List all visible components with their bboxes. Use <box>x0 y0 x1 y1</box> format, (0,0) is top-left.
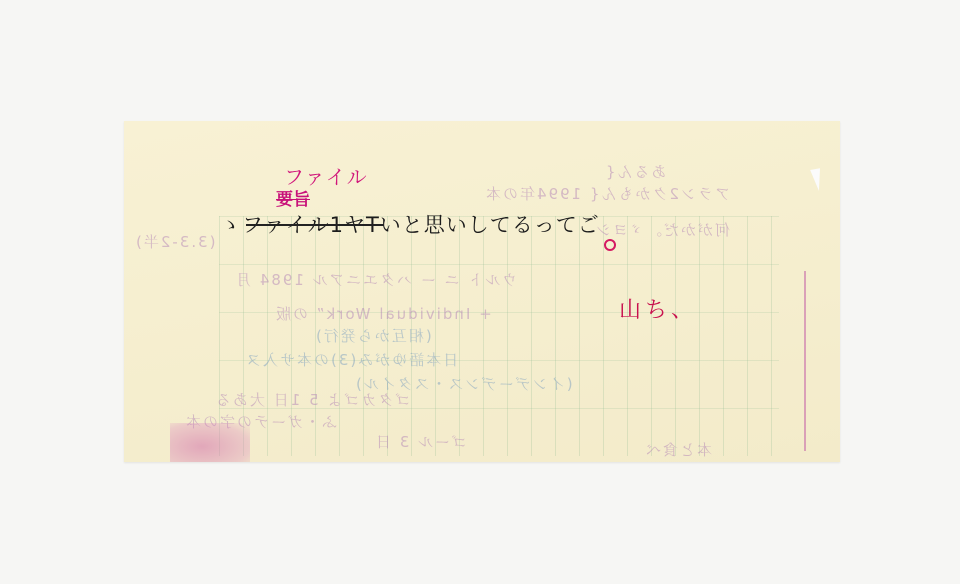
circle-mark-icon <box>604 239 616 251</box>
bleed-text: 日本語ゆがみ(3)の本サ入ヌ <box>244 349 458 370</box>
bleed-text: + Individual Work” の版 <box>274 303 492 324</box>
bleed-text: ウルト ニ ー ハタエニアル 1984 月 <box>234 269 517 290</box>
strikethrough-line <box>246 224 384 226</box>
pink-smudge <box>170 423 250 462</box>
bleed-text: あるん{ <box>604 161 667 182</box>
bleed-text: 本と食べ <box>644 439 712 460</box>
memo-paper: あるん{ アラン2クかもん{ 1994年の本 何がかだ。ゞヨシ (3.3-2半)… <box>124 121 840 462</box>
bleed-text: 何がかだ。ゞヨシ <box>594 219 730 240</box>
bleed-text: (3.3-2半) <box>134 231 216 252</box>
margin-line <box>804 271 806 451</box>
bleed-text: ゴタカゴよ 5 1日 大ある <box>214 389 410 410</box>
bleed-text: アラン2クかもん{ 1994年の本 <box>484 183 730 204</box>
bleed-text: (相互から発行) <box>314 325 432 346</box>
crossed-out-word: 要旨 <box>276 185 310 210</box>
bleed-text: ゴール 3 日 <box>374 431 467 452</box>
paper-tear <box>810 168 824 191</box>
signature-mark: 山ち、 <box>619 293 697 324</box>
